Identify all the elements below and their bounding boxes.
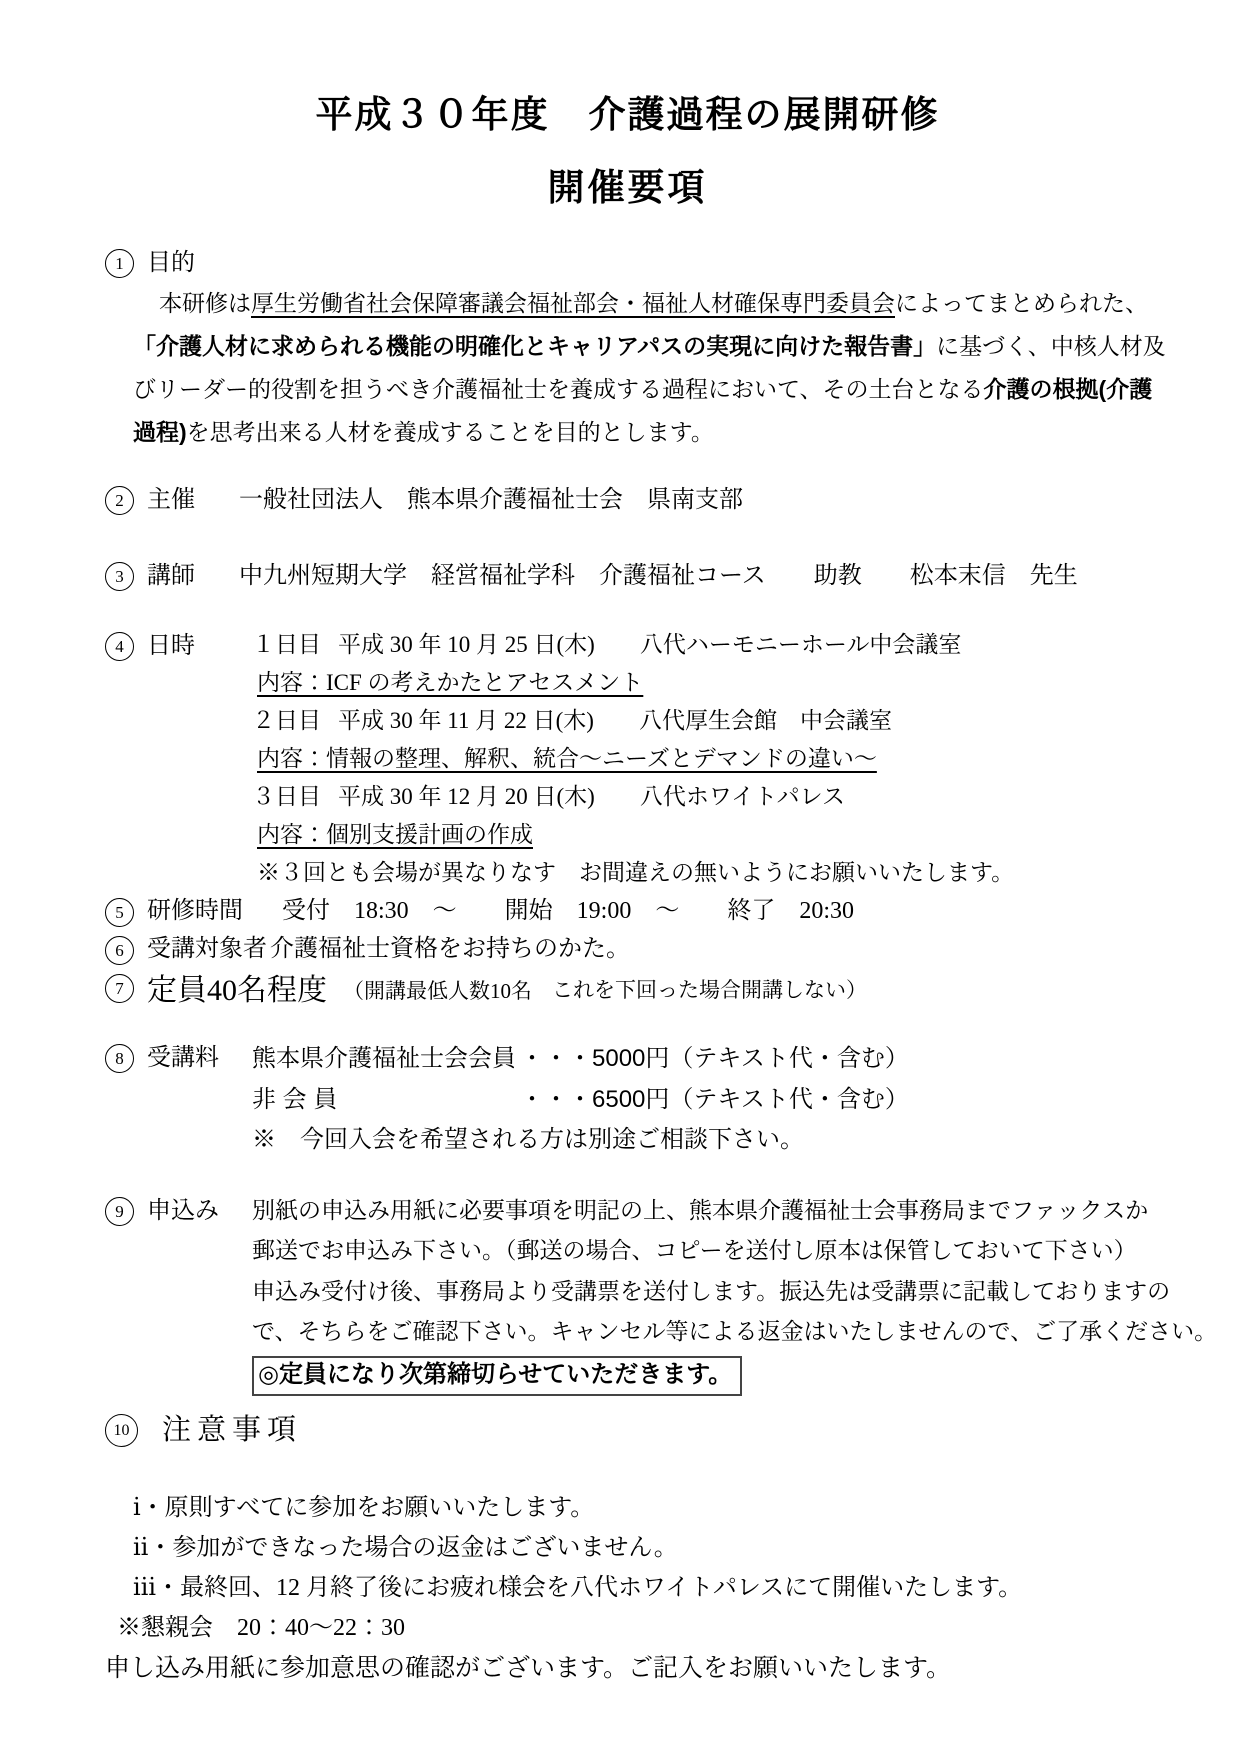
purpose-text: を思考出来る人材を養成することを目的とします。	[187, 420, 714, 445]
section-fee: 8 受講料 熊本県介護福祉士会会員・・・5000円（テキスト代・含む） 非 会 …	[105, 1038, 1150, 1161]
purpose-text: 本研修は	[159, 291, 251, 316]
fee-member-price: ・・・5000円（テキスト代・含む）	[520, 1038, 909, 1079]
purpose-emphasis: 過程)	[133, 419, 187, 445]
deadline-box: ◎定員になり次第締切らせていただきます。	[252, 1356, 742, 1396]
note-item-1: ⅰ・原則すべてに参加をお願いいたします。	[133, 1488, 1150, 1528]
day-date: 平成 30 年 11 月 22 日(木)	[338, 708, 594, 733]
organizer-value: 一般社団法人 熊本県介護福祉士会 県南支部	[239, 480, 743, 520]
day-venue: 八代ホワイトパレス	[640, 784, 845, 809]
application-label: 申込み	[147, 1191, 252, 1231]
eligibility-value: 介護福祉士資格をお持ちのかた。	[270, 930, 630, 968]
section-application: 9 申込み 別紙の申込み用紙に必要事項を明記の上、熊本県介護福祉士会事務局までフ…	[105, 1191, 1150, 1396]
organizer-label: 主催	[147, 480, 239, 520]
fee-row-member: 熊本県介護福祉士会会員・・・5000円（テキスト代・含む）	[252, 1038, 909, 1079]
section-schedule: 4 日時 １日目平成 30 年 10 月 25 日(木)八代ハーモニーホール中会…	[105, 626, 1150, 892]
fee-body: 熊本県介護福祉士会会員・・・5000円（テキスト代・含む） 非 会 員・・・65…	[252, 1038, 909, 1161]
schedule-day-3: ３日目平成 30 年 12 月 20 日(木)八代ホワイトパレス	[252, 778, 1014, 816]
purpose-label: 目的	[147, 243, 252, 283]
section-organizer: 2 主催 一般社団法人 熊本県介護福祉士会 県南支部	[105, 480, 1150, 520]
application-line-4: で、そちらをご確認下さい。キャンセル等による返金はいたしませんので、ご了承くださ…	[252, 1311, 1217, 1351]
purpose-line-2: 「介護人材に求められる機能の明確化とキャリアパスの実現に向けた報告書」に基づく、…	[133, 325, 1150, 368]
section-purpose-heading: 1 目的	[105, 243, 1150, 283]
fee-note: ※ 今回入会を希望される方は別途ご相談下さい。	[252, 1120, 909, 1161]
circled-number-1: 1	[105, 249, 134, 278]
lecturer-value: 中九州短期大学 経営福祉学科 介護福祉コース 助教 松本末信 先生	[239, 556, 1078, 596]
circled-number-2: 2	[105, 486, 134, 515]
purpose-line-4: 過程)を思考出来る人材を養成することを目的とします。	[133, 411, 1150, 454]
note-item-3: ⅲ・最終回、12 月終了後にお疲れ様会を八代ホワイトパレスにて開催いたします。	[133, 1568, 1150, 1608]
circled-number-6: 6	[105, 936, 134, 965]
schedule-content-1: 内容：ICF の考えかたとアセスメント	[257, 664, 1014, 702]
circled-number-10: 10	[105, 1414, 138, 1447]
application-line-1: 別紙の申込み用紙に必要事項を明記の上、熊本県介護福祉士会事務局までファックスか	[252, 1191, 1217, 1231]
purpose-line-3: びリーダー的役割を担うべき介護福祉士を養成する過程において、その土台となる介護の…	[133, 368, 1150, 411]
circled-number-3: 3	[105, 562, 134, 591]
fee-nonmember-price: ・・・6500円（テキスト代・含む）	[520, 1079, 909, 1120]
capacity-sub-2: これを下回った場合開講しない）	[552, 968, 867, 1014]
purpose-text: びリーダー的役割を担うべき介護福祉士を養成する過程において、その土台となる	[133, 377, 984, 402]
fee-nonmember-name: 非 会 員	[252, 1079, 520, 1120]
day-number: １日目	[252, 632, 321, 657]
purpose-line-1: 本研修は厚生労働省社会保障審議会福祉部会・福祉人材確保専門委員会によってまとめら…	[133, 283, 1150, 325]
section-hours: 5 研修時間 受付 18:30 ～ 開始 19:00 ～ 終了 20:30	[105, 892, 1150, 930]
notes-list: ⅰ・原則すべてに参加をお願いいたします。 ⅱ・参加ができなった場合の返金はござい…	[133, 1488, 1150, 1608]
day-date: 平成 30 年 12 月 20 日(木)	[338, 784, 595, 809]
schedule-day-1: １日目平成 30 年 10 月 25 日(木)八代ハーモニーホール中会議室	[252, 626, 1014, 664]
hours-value: 受付 18:30 ～ 開始 19:00 ～ 終了 20:30	[282, 892, 854, 930]
application-body: 別紙の申込み用紙に必要事項を明記の上、熊本県介護福祉士会事務局までファックスか …	[252, 1191, 1217, 1396]
section-notes-heading: 10 注意事項	[105, 1406, 1150, 1454]
purpose-paragraph: 本研修は厚生労働省社会保障審議会福祉部会・福祉人材確保専門委員会によってまとめら…	[133, 283, 1150, 454]
eligibility-label: 受講対象者	[147, 930, 270, 968]
day-content: 内容：ICF の考えかたとアセスメント	[257, 670, 643, 695]
circled-number-9: 9	[105, 1197, 134, 1226]
purpose-text: に基づく、中核人材及	[936, 334, 1166, 359]
schedule-day-2: ２日目平成 30 年 11 月 22 日(木)八代厚生会館 中会議室	[252, 702, 1014, 740]
section-capacity: 7 定員40名程度 （開講最低人数10名 これを下回った場合開講しない）	[105, 968, 1150, 1014]
day-content: 内容：個別支援計画の作成	[257, 822, 533, 847]
after-party-note: ※懇親会 20：40～22：30	[117, 1608, 1150, 1648]
schedule-label: 日時	[147, 626, 252, 666]
schedule-note: ※３回とも会場が異なりなす お間違えの無いようにお願いいたします。	[257, 854, 1014, 892]
day-number: ３日目	[252, 784, 321, 809]
page-subtitle: 開催要項	[105, 165, 1150, 211]
day-venue: 八代ハーモニーホール中会議室	[640, 632, 962, 657]
document-page: 平成３０年度 介護過程の展開研修 開催要項 1 目的 本研修は厚生労働省社会保障…	[0, 0, 1240, 1754]
notes-label: 注意事項	[162, 1406, 302, 1454]
fee-row-nonmember: 非 会 員・・・6500円（テキスト代・含む）	[252, 1079, 909, 1120]
page-title: 平成３０年度 介護過程の展開研修	[105, 92, 1150, 138]
day-date: 平成 30 年 10 月 25 日(木)	[338, 632, 595, 657]
final-note: 申し込み用紙に参加意思の確認がございます。ご記入をお願いいたします。	[105, 1648, 1150, 1688]
note-item-2: ⅱ・参加ができなった場合の返金はございません。	[133, 1528, 1150, 1568]
day-number: ２日目	[252, 708, 321, 733]
circled-number-4: 4	[105, 632, 134, 661]
schedule-body: １日目平成 30 年 10 月 25 日(木)八代ハーモニーホール中会議室 内容…	[252, 626, 1014, 892]
circled-number-7: 7	[105, 974, 134, 1003]
fee-label: 受講料	[147, 1038, 252, 1078]
capacity-sub-1: （開講最低人数10名	[343, 968, 532, 1014]
capacity-main: 定員40名程度	[147, 968, 327, 1014]
section-eligibility: 6 受講対象者 介護福祉士資格をお持ちのかた。	[105, 930, 1150, 968]
application-line-2: 郵送でお申込み下さい。（郵送の場合、コピーを送付し原本は保管しておいて下さい）	[252, 1231, 1217, 1271]
purpose-emphasis: 介護の根拠(介護	[984, 376, 1153, 402]
circled-number-8: 8	[105, 1044, 134, 1073]
application-line-3: 申込み受付け後、事務局より受講票を送付します。振込先は受講票に記載しておりますの	[252, 1271, 1217, 1311]
purpose-report-title: 「介護人材に求められる機能の明確化とキャリアパスの実現に向けた報告書」	[133, 333, 936, 359]
purpose-text: によってまとめられた、	[895, 291, 1148, 316]
purpose-underlined-committee: 厚生労働省社会保障審議会福祉部会・福祉人材確保専門委員会	[251, 291, 895, 316]
day-venue: 八代厚生会館 中会議室	[639, 708, 892, 733]
hours-label: 研修時間	[147, 892, 282, 930]
section-lecturer: 3 講師 中九州短期大学 経営福祉学科 介護福祉コース 助教 松本末信 先生	[105, 556, 1150, 596]
schedule-content-3: 内容：個別支援計画の作成	[257, 816, 1014, 854]
schedule-content-2: 内容：情報の整理、解釈、統合～ニーズとデマンドの違い～	[257, 740, 1014, 778]
circled-number-5: 5	[105, 898, 134, 927]
fee-member-name: 熊本県介護福祉士会会員	[252, 1038, 520, 1079]
day-content: 内容：情報の整理、解釈、統合～ニーズとデマンドの違い～	[257, 746, 877, 771]
lecturer-label: 講師	[147, 556, 239, 596]
